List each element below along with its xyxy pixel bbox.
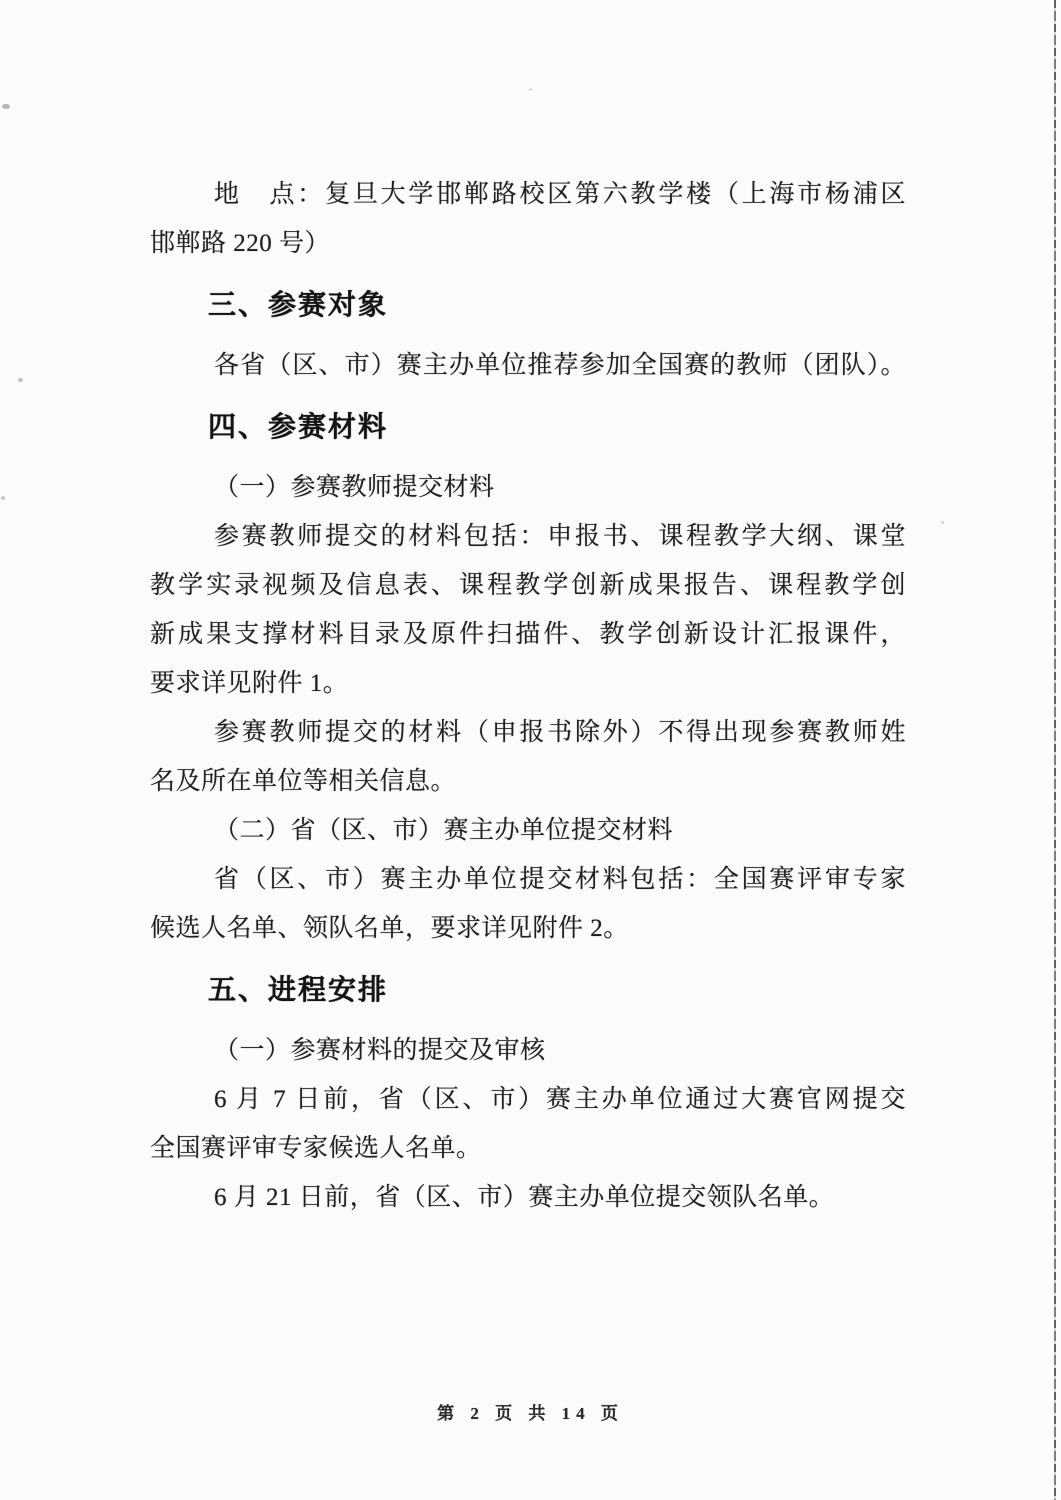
sub1-para2-line-2: 名及所在单位等相关信息。: [150, 757, 906, 806]
scan-edge-line: [1054, 0, 1056, 1500]
scan-speck: [1, 496, 5, 500]
sub1-title: （一）参赛教师提交材料: [150, 463, 906, 512]
sub2-para1-line-2: 候选人名单、领队名单，要求详见附件 2。: [150, 904, 906, 953]
scan-speck: [529, 88, 532, 91]
sub1-para2-line-1: 参赛教师提交的材料（申报书除外）不得出现参赛教师姓: [150, 708, 906, 757]
section3-body: 各省（区、市）赛主办单位推荐参加全国赛的教师（团队）。: [150, 341, 906, 390]
section-heading-4: 四、参赛材料: [150, 402, 906, 451]
page-footer: 第 2 页 共 14 页: [0, 1399, 1061, 1424]
location-line-2: 邯郸路 220 号）: [150, 219, 906, 268]
section-heading-5: 五、进程安排: [150, 965, 906, 1014]
sub1-para1-line-1: 参赛教师提交的材料包括：申报书、课程教学大纲、课堂: [150, 512, 906, 561]
scan-speck: [941, 521, 944, 524]
scan-speck: [18, 378, 23, 382]
sub2-para1-line-1: 省（区、市）赛主办单位提交材料包括：全国赛评审专家: [150, 855, 906, 904]
scanned-document-page: 地 点：复旦大学邯郸路校区第六教学楼（上海市杨浦区 邯郸路 220 号） 三、参…: [0, 0, 1061, 1500]
sub1-para1-line-4: 要求详见附件 1。: [150, 659, 906, 708]
document-body: 地 点：复旦大学邯郸路校区第六教学楼（上海市杨浦区 邯郸路 220 号） 三、参…: [150, 170, 906, 1222]
location-line-1: 地 点：复旦大学邯郸路校区第六教学楼（上海市杨浦区: [150, 170, 906, 219]
sub1-para1-line-2: 教学实录视频及信息表、课程教学创新成果报告、课程教学创: [150, 561, 906, 610]
section5-para1-line-1: 6 月 7 日前，省（区、市）赛主办单位通过大赛官网提交: [150, 1075, 906, 1124]
section5-sub1-title: （一）参赛材料的提交及审核: [150, 1026, 906, 1075]
section5-para1-line-2: 全国赛评审专家候选人名单。: [150, 1124, 906, 1173]
sub1-para1-line-3: 新成果支撑材料目录及原件扫描件、教学创新设计汇报课件，: [150, 610, 906, 659]
scan-speck: [443, 1136, 447, 1140]
sub2-title: （二）省（区、市）赛主办单位提交材料: [150, 806, 906, 855]
scan-speck: [2, 104, 10, 109]
section-heading-3: 三、参赛对象: [150, 280, 906, 329]
section5-para2: 6 月 21 日前，省（区、市）赛主办单位提交领队名单。: [150, 1173, 906, 1222]
